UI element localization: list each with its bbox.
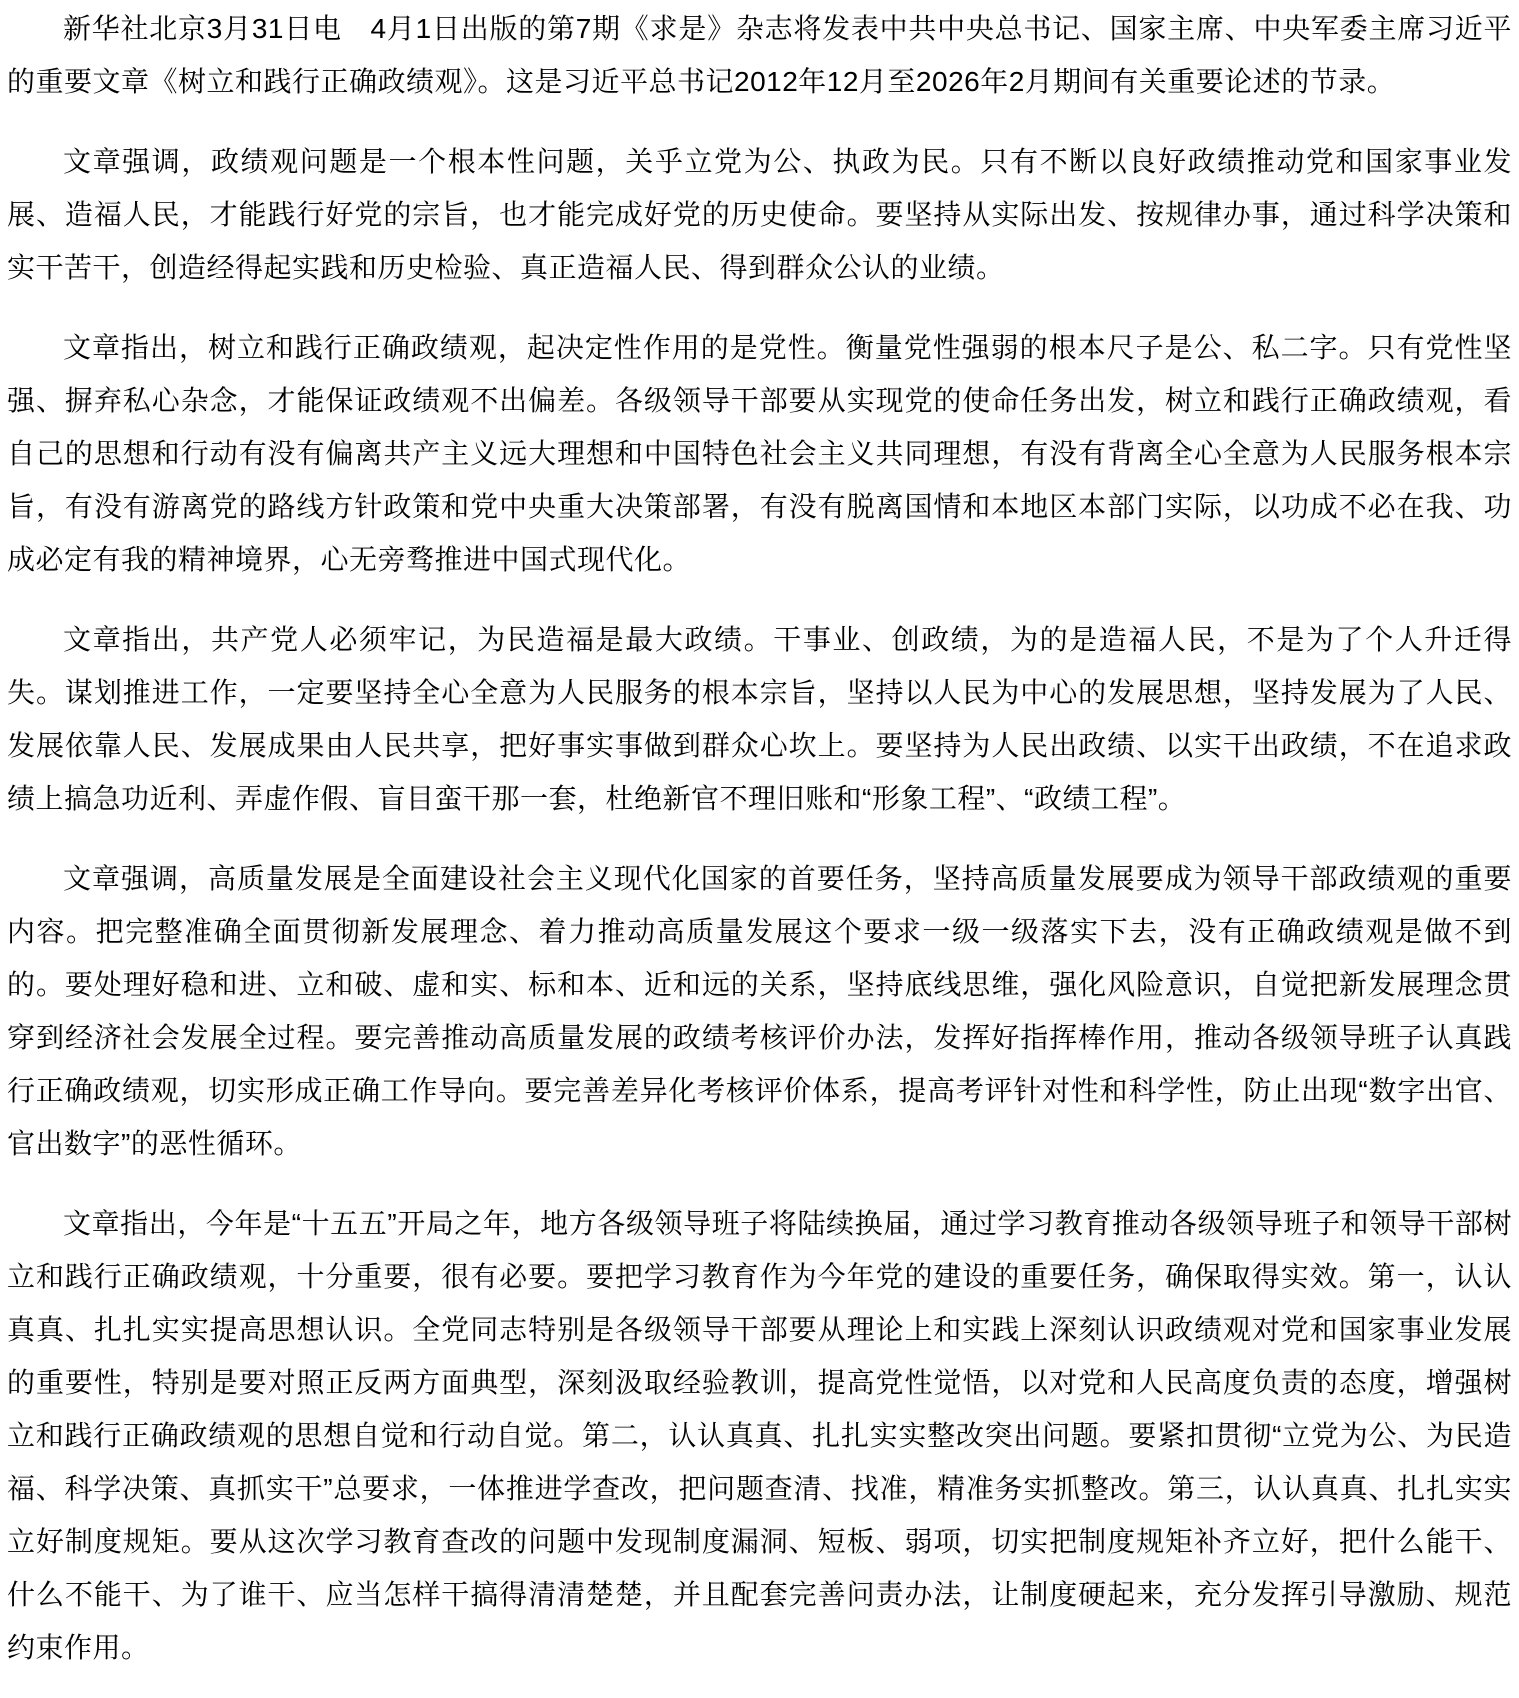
article-paragraph: 文章指出，树立和践行正确政绩观，起决定性作用的是党性。衡量党性强弱的根本尺子是公…: [7, 321, 1512, 586]
article-paragraph: 新华社北京3月31日电 4月1日出版的第7期《求是》杂志将发表中共中央总书记、国…: [7, 2, 1512, 108]
article-paragraph: 文章强调，高质量发展是全面建设社会主义现代化国家的首要任务，坚持高质量发展要成为…: [7, 852, 1512, 1170]
article-body: 新华社北京3月31日电 4月1日出版的第7期《求是》杂志将发表中共中央总书记、国…: [7, 2, 1512, 1674]
article-paragraph: 文章指出，今年是“十五五”开局之年，地方各级领导班子将陆续换届，通过学习教育推动…: [7, 1197, 1512, 1674]
article-paragraph: 文章强调，政绩观问题是一个根本性问题，关乎立党为公、执政为民。只有不断以良好政绩…: [7, 135, 1512, 294]
article-paragraph: 文章指出，共产党人必须牢记，为民造福是最大政绩。干事业、创政绩，为的是造福人民，…: [7, 613, 1512, 825]
